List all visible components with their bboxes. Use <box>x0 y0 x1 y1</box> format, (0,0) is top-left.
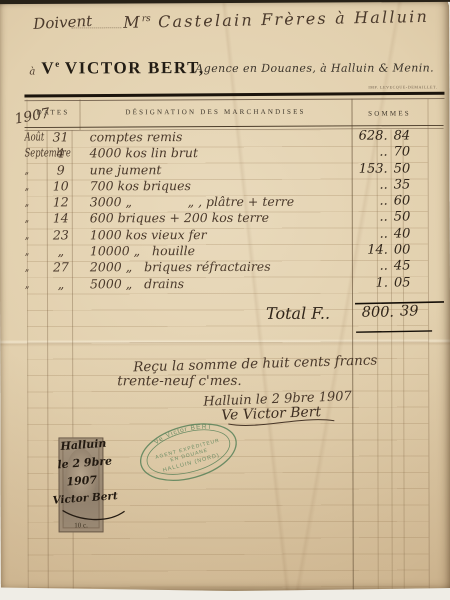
row-month: „ <box>25 261 29 273</box>
row-designation: une jument <box>90 163 162 176</box>
row-month: Août <box>25 130 45 142</box>
addressee-rest: Castelain Frères à Halluin <box>151 7 430 32</box>
row-designation: 1000 kos vieux fer <box>90 228 207 241</box>
row-francs: .. <box>336 195 388 209</box>
row-francs: .. <box>336 260 388 274</box>
firm-v: V <box>41 58 55 77</box>
stamp-handwriting-line: 1907 <box>66 473 97 488</box>
row-francs: 14. <box>336 244 388 258</box>
row-month: „ <box>25 228 29 240</box>
column-header-sommes: SOMMES <box>352 109 428 117</box>
row-month: „ <box>25 212 29 224</box>
row-month: „ <box>25 163 29 175</box>
row-centimes: 00 <box>394 244 422 258</box>
scanned-invoice-page: Doivent Mrs Castelain Frères à Halluin à… <box>0 0 450 600</box>
column-header-designation: DÉSIGNATION DES MARCHANDISES <box>80 108 352 117</box>
row-day: „ <box>49 277 73 290</box>
row-francs: .. <box>336 227 388 241</box>
row-designation: 2000 „ briques réfractaires <box>90 260 271 274</box>
row-centimes: 45 <box>394 260 422 274</box>
year-note: 1907 <box>14 106 52 127</box>
row-designation: 3000 „ „ , plâtre + terre <box>90 195 294 209</box>
header-dates-separator <box>79 99 80 130</box>
row-day: 9 <box>49 163 73 176</box>
header-thin-rule <box>24 99 444 101</box>
letterhead-firm-name: Ve VICTOR BERT, <box>41 58 204 78</box>
doivent-label: Doivent <box>33 14 93 33</box>
stamp-value: 10 c. <box>59 521 104 529</box>
row-day: „ <box>49 244 73 257</box>
letterhead-a: à <box>29 67 35 78</box>
total-centimes: 39 <box>400 304 418 319</box>
row-designation: comptes remis <box>90 130 183 143</box>
row-centimes: 05 <box>394 276 422 290</box>
ledger-row: Septembre44000 kos lin brut..70 <box>0 146 450 163</box>
receipt-line-2: trente-neuf c'mes. <box>117 374 242 388</box>
total-francs: 800. <box>354 306 394 321</box>
row-day: 14 <box>49 212 73 225</box>
addressee-line: Mrs Castelain Frères à Halluin <box>123 9 429 32</box>
row-centimes: 35 <box>394 178 422 192</box>
row-francs: 153. <box>336 162 388 176</box>
ledger-rows: Août31comptes remis628.84 Septembre44000… <box>0 129 450 293</box>
printer-imprint: IMP. LEVECQUE-DEMAILLET. <box>368 84 437 89</box>
row-designation: 600 briques + 200 kos terre <box>90 211 269 225</box>
row-centimes: 50 <box>394 211 422 225</box>
row-day: 4 <box>49 147 73 160</box>
dotted-rule <box>71 27 121 28</box>
row-month: „ <box>25 277 29 289</box>
ledger-row: „„5000 „ drains1.05 <box>0 276 450 293</box>
addressee-sup: rs <box>142 14 151 24</box>
row-centimes: 50 <box>394 162 422 176</box>
row-designation: 10000 „ houille <box>90 244 195 257</box>
row-centimes: 84 <box>394 129 422 143</box>
row-designation: 4000 kos lin brut <box>90 146 198 159</box>
row-francs: 1. <box>336 276 388 290</box>
row-designation: 700 kos briques <box>90 179 191 192</box>
header-thick-rule <box>24 93 444 96</box>
row-designation: 5000 „ drains <box>90 277 184 290</box>
row-francs: .. <box>336 178 388 192</box>
row-francs: 628. <box>336 130 388 144</box>
row-centimes: 40 <box>394 227 422 241</box>
row-month: „ <box>25 245 29 257</box>
row-francs: .. <box>336 146 388 160</box>
firm-name: VICTOR BERT, <box>59 58 204 77</box>
invoice-paper: Doivent Mrs Castelain Frères à Halluin à… <box>0 0 450 592</box>
row-day: 10 <box>49 179 73 192</box>
row-centimes: 70 <box>394 146 422 160</box>
row-month: „ <box>25 179 29 191</box>
row-francs: .. <box>336 211 388 225</box>
row-day: 27 <box>49 261 73 274</box>
column-header-bottom-rule <box>25 125 444 127</box>
total-label: Total F.. <box>266 306 330 323</box>
row-day: 23 <box>49 228 73 241</box>
letterhead-tagline: Agence en Douanes, à Halluin & Menin. <box>195 62 434 74</box>
row-day: 31 <box>49 130 73 143</box>
addressee-m: M <box>123 13 142 32</box>
row-day: 12 <box>49 196 73 209</box>
row-centimes: 60 <box>394 195 422 209</box>
row-month: „ <box>25 196 29 208</box>
